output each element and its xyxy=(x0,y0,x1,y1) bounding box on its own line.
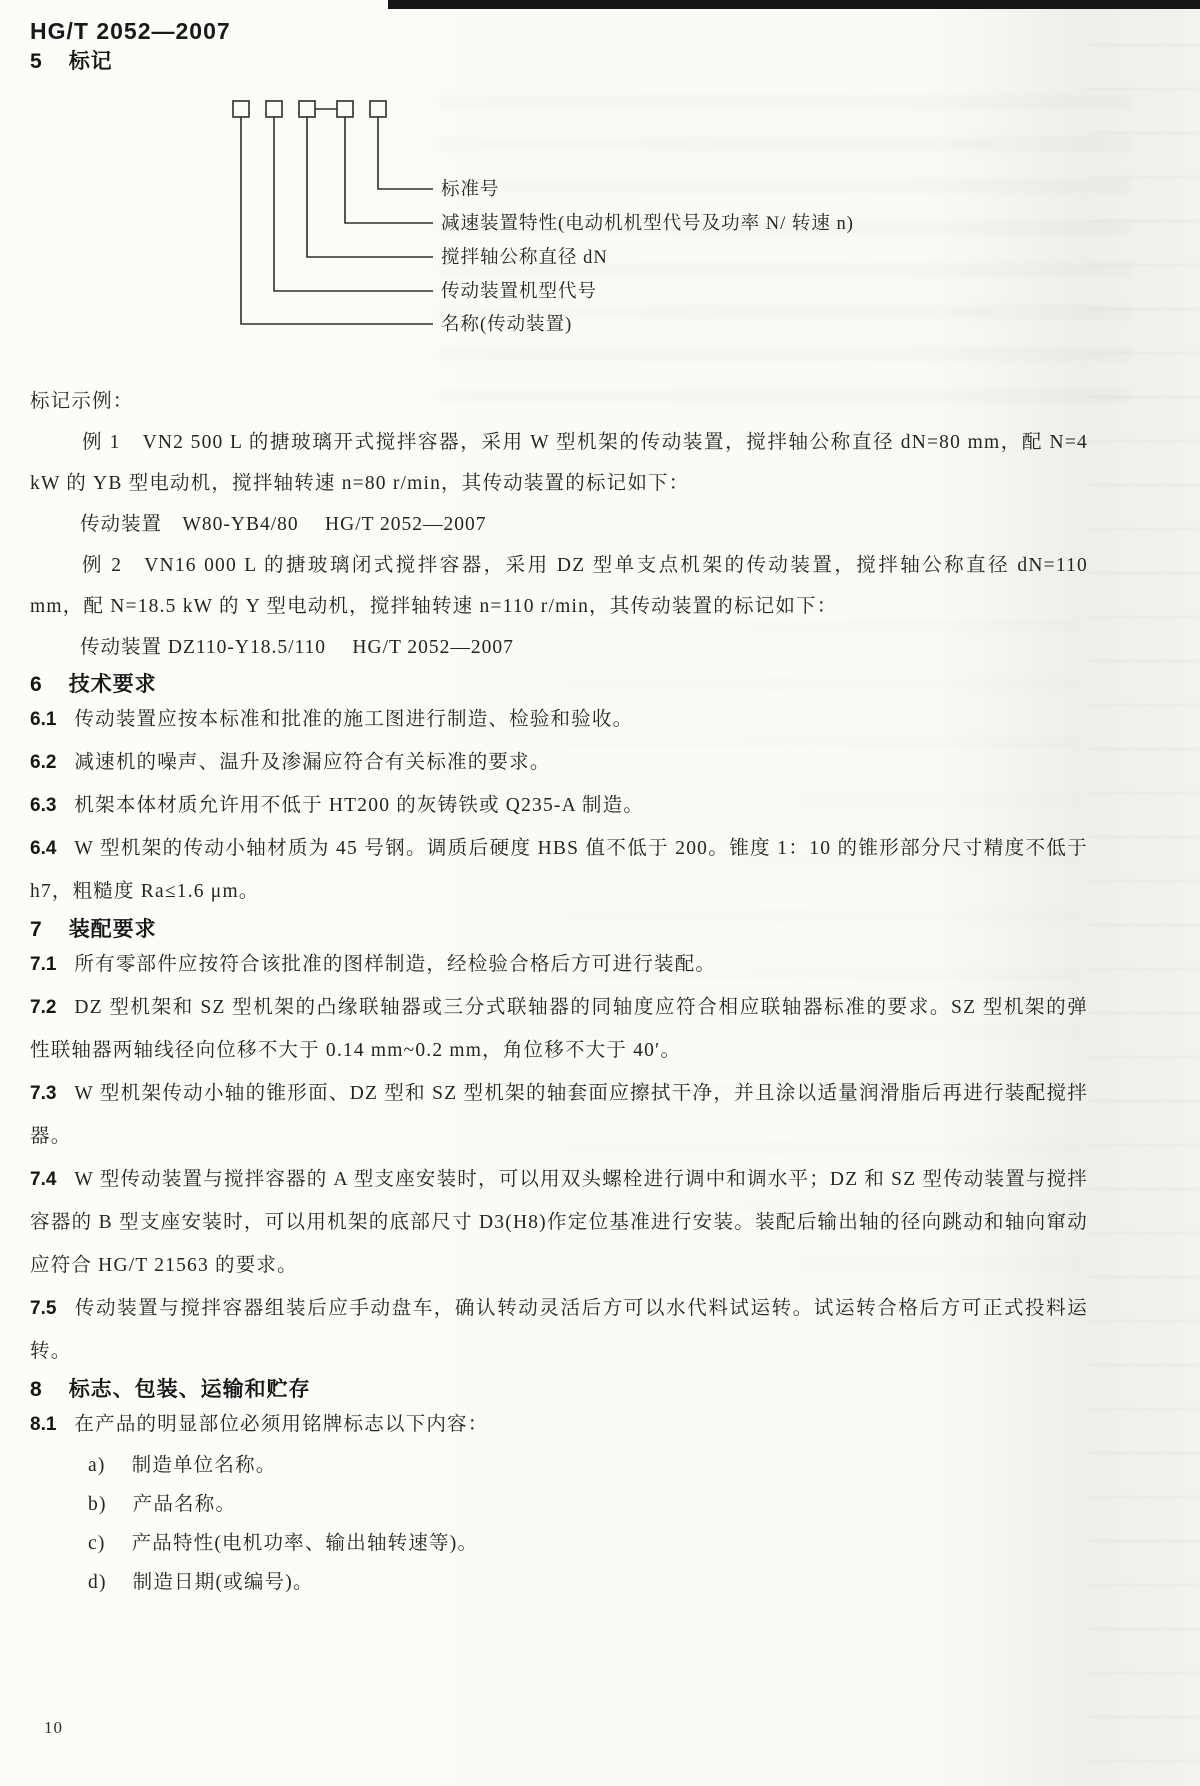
document-code: HG/T 2052—2007 xyxy=(30,18,1088,45)
clause-text: 减速机的噪声、温升及渗漏应符合有关标准的要求。 xyxy=(74,752,550,773)
page-number: 10 xyxy=(44,1718,63,1738)
clause-number: 7.1 xyxy=(30,954,56,975)
section-6-heading: 6技术要求 xyxy=(30,668,1088,698)
clause-7-2: 7.2DZ 型机架和 SZ 型机架的凸缘联轴器或三分式联轴器的同轴度应符合相应联… xyxy=(30,986,1088,1072)
example-label: 例 2 xyxy=(82,555,122,576)
nameplate-item-c: c)产品特性(电机功率、输出轴转速等)。 xyxy=(88,1524,1088,1563)
clause-text: 传动装置应按本标准和批准的施工图进行制造、检验和验收。 xyxy=(74,709,633,730)
section-number: 7 xyxy=(30,918,43,941)
section-number: 6 xyxy=(30,673,43,696)
nameplate-item-a: a)制造单位名称。 xyxy=(88,1446,1088,1485)
code-box xyxy=(337,101,353,117)
clause-text: W 型机架传动小轴的锥形面、DZ 型和 SZ 型机架的轴套面应擦拭干净，并且涂以… xyxy=(30,1083,1088,1147)
leader-line xyxy=(345,117,433,223)
clause-number: 6.3 xyxy=(30,795,56,816)
example-2-designation: 传动装置 DZ110-Y18.5/110 HG/T 2052—2007 xyxy=(80,627,1088,668)
diagram-label: 搅拌轴公称直径 dN xyxy=(441,247,608,268)
clause-number: 7.3 xyxy=(30,1083,56,1104)
code-box xyxy=(266,101,282,117)
example-1: 例 1VN2 500 L 的搪玻璃开式搅拌容器，采用 W 型机架的传动装置，搅拌… xyxy=(30,422,1088,504)
list-text: 制造日期(或编号)。 xyxy=(133,1572,314,1593)
clause-7-1: 7.1所有零部件应按符合该批准的图样制造，经检验合格后方可进行装配。 xyxy=(30,943,1088,986)
scanned-standard-page: HG/T 2052—2007 5标记 标准号 xyxy=(0,0,1200,1786)
clause-number: 7.5 xyxy=(30,1298,56,1319)
clause-number: 6.1 xyxy=(30,709,56,730)
example-text: VN16 000 L 的搪玻璃闭式搅拌容器，采用 DZ 型单支点机架的传动装置，… xyxy=(30,555,1088,617)
leader-line xyxy=(274,117,433,291)
clause-8-1: 8.1在产品的明显部位必须用铭牌标志以下内容： xyxy=(30,1403,1088,1446)
clause-7-5: 7.5传动装置与搅拌容器组装后应手动盘车，确认转动灵活后方可以水代料试运转。试运… xyxy=(30,1287,1088,1373)
clause-text: W 型机架的传动小轴材质为 45 号钢。调质后硬度 HBS 值不低于 200。锥… xyxy=(30,838,1088,902)
clause-6-3: 6.3机架本体材质允许用不低于 HT200 的灰铸铁或 Q235-A 制造。 xyxy=(30,784,1088,827)
section-title: 标志、包装、运输和贮存 xyxy=(69,1378,311,1401)
example-heading: 标记示例： xyxy=(30,381,1088,422)
leader-line xyxy=(307,117,433,257)
code-box xyxy=(299,101,315,117)
designation-diagram-svg: 标准号 减速装置特性(电动机机型代号及功率 N/ 转速 n) 搅拌轴公称直径 d… xyxy=(225,97,1085,345)
clause-number: 6.2 xyxy=(30,752,56,773)
diagram-label: 标准号 xyxy=(441,179,500,200)
section-title: 标记 xyxy=(69,50,113,73)
section-number: 5 xyxy=(30,50,43,73)
section-number: 8 xyxy=(30,1378,43,1401)
clause-6-2: 6.2减速机的噪声、温升及渗漏应符合有关标准的要求。 xyxy=(30,741,1088,784)
section-7-heading: 7装配要求 xyxy=(30,913,1088,943)
clause-number: 6.4 xyxy=(30,838,56,859)
diagram-label: 传动装置机型代号 xyxy=(441,281,597,302)
clause-text: 传动装置与搅拌容器组装后应手动盘车，确认转动灵活后方可以水代料试运转。试运转合格… xyxy=(30,1298,1088,1362)
clause-7-3: 7.3W 型机架传动小轴的锥形面、DZ 型和 SZ 型机架的轴套面应擦拭干净，并… xyxy=(30,1072,1088,1158)
clause-7-4: 7.4W 型传动装置与搅拌容器的 A 型支座安装时，可以用双头螺栓进行调中和调水… xyxy=(30,1158,1088,1287)
list-label: c) xyxy=(88,1533,106,1554)
leader-line xyxy=(378,117,433,189)
example-1-designation: 传动装置 W80-YB4/80 HG/T 2052—2007 xyxy=(80,504,1088,545)
clause-text: DZ 型机架和 SZ 型机架的凸缘联轴器或三分式联轴器的同轴度应符合相应联轴器标… xyxy=(30,997,1088,1061)
list-label: a) xyxy=(88,1455,106,1476)
section-title: 装配要求 xyxy=(69,918,157,941)
clause-number: 8.1 xyxy=(30,1414,56,1435)
clause-text: W 型传动装置与搅拌容器的 A 型支座安装时，可以用双头螺栓进行调中和调水平；D… xyxy=(30,1169,1088,1276)
diagram-label: 名称(传动装置) xyxy=(441,314,572,335)
diagram-label: 减速装置特性(电动机机型代号及功率 N/ 转速 n) xyxy=(441,213,854,234)
nameplate-item-d: d)制造日期(或编号)。 xyxy=(88,1563,1088,1602)
example-label: 例 1 xyxy=(82,432,121,453)
leader-line xyxy=(241,117,433,324)
nameplate-item-b: b)产品名称。 xyxy=(88,1485,1088,1524)
clause-text: 机架本体材质允许用不低于 HT200 的灰铸铁或 Q235-A 制造。 xyxy=(74,795,644,816)
list-label: d) xyxy=(88,1572,107,1593)
example-text: VN2 500 L 的搪玻璃开式搅拌容器，采用 W 型机架的传动装置，搅拌轴公称… xyxy=(30,432,1088,494)
clause-number: 7.4 xyxy=(30,1169,56,1190)
list-text: 产品名称。 xyxy=(133,1494,237,1515)
example-2: 例 2VN16 000 L 的搪玻璃闭式搅拌容器，采用 DZ 型单支点机架的传动… xyxy=(30,545,1088,627)
code-box xyxy=(370,101,386,117)
list-text: 制造单位名称。 xyxy=(132,1455,277,1476)
clause-6-1: 6.1传动装置应按本标准和批准的施工图进行制造、检验和验收。 xyxy=(30,698,1088,741)
designation-diagram: 标准号 减速装置特性(电动机机型代号及功率 N/ 转速 n) 搅拌轴公称直径 d… xyxy=(225,97,1088,345)
clause-6-4: 6.4W 型机架的传动小轴材质为 45 号钢。调质后硬度 HBS 值不低于 20… xyxy=(30,827,1088,913)
section-8-heading: 8标志、包装、运输和贮存 xyxy=(30,1373,1088,1403)
section-5-heading: 5标记 xyxy=(30,45,1088,75)
list-text: 产品特性(电机功率、输出轴转速等)。 xyxy=(132,1533,479,1554)
clause-number: 7.2 xyxy=(30,997,56,1018)
clause-text: 在产品的明显部位必须用铭牌标志以下内容： xyxy=(74,1414,488,1435)
code-box xyxy=(233,101,249,117)
list-label: b) xyxy=(88,1494,107,1515)
page-content: HG/T 2052—2007 5标记 标准号 xyxy=(0,0,1200,1602)
clause-text: 所有零部件应按符合该批准的图样制造，经检验合格后方可进行装配。 xyxy=(74,954,716,975)
section-title: 技术要求 xyxy=(69,673,157,696)
